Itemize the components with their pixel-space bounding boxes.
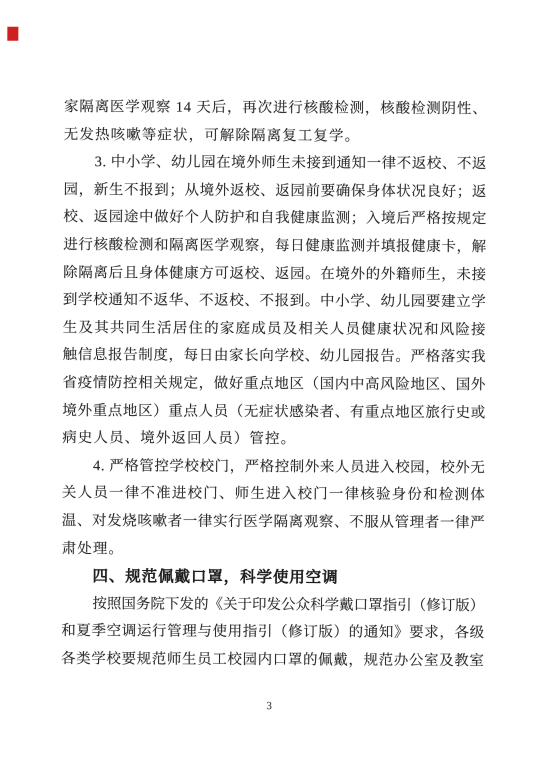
text-line: 除隔离后且身体健康方可返校、返园。在境外的外籍师生，未接 (63, 260, 486, 290)
text-line: 园，新生不报到；从境外返校、返园前要确保身体状况良好；返 (63, 177, 486, 207)
text-line: 校、返园途中做好个人防护和自我健康监测；入境后严格按规定 (63, 204, 486, 234)
text-line: 家隔离医学观察 14 天后，再次进行核酸检测，核酸检测阴性、 (64, 94, 487, 124)
text-line: 进行核酸检测和隔离医学观察，每日健康监测并填报健康卡，解 (63, 232, 486, 262)
document-page: 家隔离医学观察 14 天后，再次进行核酸检测，核酸检测阴性、 无发热咳嗽等症状，… (0, 0, 545, 768)
text-line: 无发热咳嗽等症状，可解除隔离复工复学。 (64, 122, 487, 152)
text-line: 境外重点地区）重点人员（无症状感染者、有重点地区旅行史或 (62, 398, 485, 428)
text-line: 4. 严格管控学校校门，严格控制外来人员进入校园，校外无 (62, 453, 485, 483)
text-line: 温、对发烧咳嗽者一律实行医学隔离观察、不服从管理者一律严 (62, 508, 485, 538)
page-number: 3 (0, 699, 542, 714)
text-line: 3. 中小学、幼儿园在境外师生未接到通知一律不返校、不返 (64, 149, 487, 179)
text-block: 家隔离医学观察 14 天后，再次进行核酸检测，核酸检测阴性、 无发热咳嗽等症状，… (61, 94, 487, 676)
text-line: 到学校通知不返华、不返校、不报到。中小学、幼儿园要建立学 (63, 287, 486, 317)
text-line: 各类学校要规范师生员工校园内口罩的佩戴，规范办公室及教室 (61, 646, 484, 676)
red-seal-mark (7, 27, 18, 41)
text-line: 关人员一律不准进校门、师生进入校门一律核验身份和检测体 (62, 480, 485, 510)
scan-content: 家隔离医学观察 14 天后，再次进行核酸检测，核酸检测阴性、 无发热咳嗽等症状，… (0, 0, 545, 768)
text-line: 按照国务院下发的《关于印发公众科学戴口罩指引（修订版） (61, 591, 484, 621)
text-line: 触信息报告制度，每日由家长向学校、幼儿园报告。严格落实我 (63, 342, 486, 372)
text-line: 生及其共同生活居住的家庭成员及相关人员健康状况和风险接 (63, 315, 486, 345)
text-line: 病史人员、境外返回人员）管控。 (62, 425, 485, 455)
text-line: 和夏季空调运行管理与使用指引（修订版）的通知》要求，各级 (61, 618, 484, 648)
text-line: 肃处理。 (62, 536, 485, 566)
text-line: 省疫情防控相关规定，做好重点地区（国内中高风险地区、国外 (62, 370, 485, 400)
section-heading: 四、规范佩戴口罩，科学使用空调 (61, 563, 484, 593)
